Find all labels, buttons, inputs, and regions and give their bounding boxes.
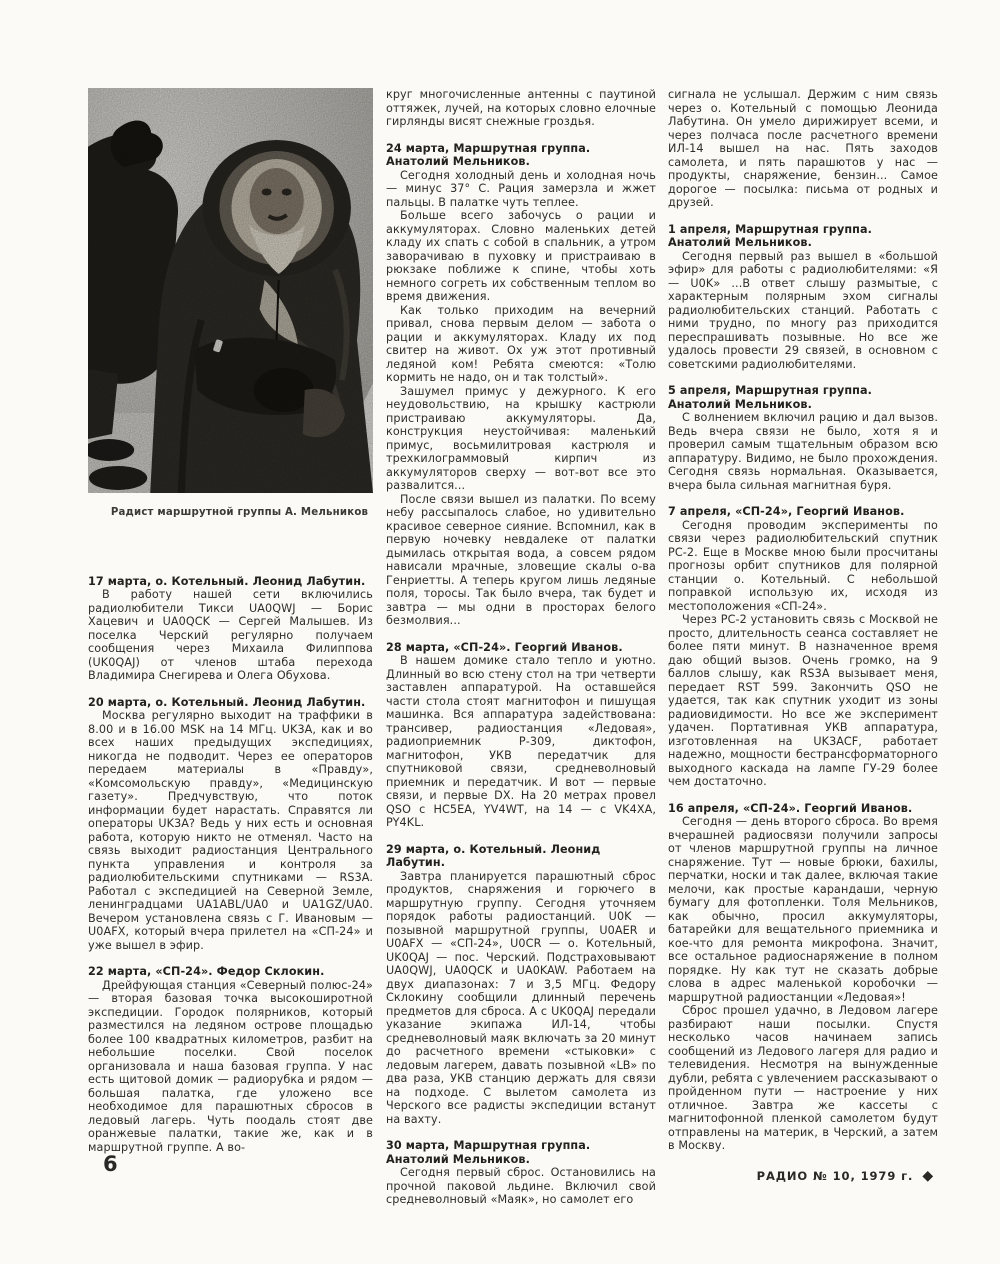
entry-continuation: сигнала не услышал. Держим с ним связь ч…	[668, 88, 938, 210]
entry-paragraph: Завтра планируется парашютный сброс прод…	[386, 870, 656, 1127]
entry-paragraph: С волнением включил рацию и дал вызов. В…	[668, 411, 938, 492]
entry-paragraph: Москва регулярно выходит на траффики в 8…	[88, 709, 373, 952]
entry-heading: 22 марта, «СП-24». Федор Склокин.	[88, 965, 373, 979]
magazine-page: Радист маршрутной группы А. Мельников 17…	[0, 0, 1000, 1264]
entry-paragraph: Сегодня холодный день и холодная ночь — …	[386, 169, 656, 210]
entry-heading: 5 апреля, Маршрутная группа. Анатолий Ме…	[668, 384, 938, 411]
column-left: Радист маршрутной группы А. Мельников 17…	[88, 88, 373, 1154]
entry-paragraph: Сегодня проводим эксперименты по связи ч…	[668, 519, 938, 614]
diary-entry: 17 марта, о. Котельный. Леонид Лабутин.В…	[88, 575, 373, 683]
diary-entry: 16 апреля, «СП-24». Георгий Иванов.Сегод…	[668, 802, 938, 1153]
diary-entry: 29 марта, о. Котельный. Леонид Лабутин.З…	[386, 843, 656, 1127]
entry-heading: 16 апреля, «СП-24». Георгий Иванов.	[668, 802, 938, 816]
entry-paragraph: Сегодня первый сброс. Остановились на пр…	[386, 1166, 656, 1207]
diary-entry: 24 марта, Маршрутная группа. Анатолий Ме…	[386, 142, 656, 628]
column-3: сигнала не услышал. Держим с ним связь ч…	[668, 88, 938, 1153]
entry-paragraph: В работу нашей сети включились радиолюби…	[88, 588, 373, 683]
page-number: 6	[103, 1152, 118, 1176]
diary-entry: 1 апреля, Маршрутная группа. Анатолий Ме…	[668, 223, 938, 372]
entry-heading: 29 марта, о. Котельный. Леонид Лабутин.	[386, 843, 656, 870]
diary-entry: 22 марта, «СП-24». Федор Склокин.Дрейфую…	[88, 965, 373, 1154]
entry-paragraph: круг многочисленные антенны с паутиной о…	[386, 88, 656, 129]
entry-paragraph: После связи вышел из палатки. По всему н…	[386, 493, 656, 628]
entry-heading: 28 марта, «СП-24». Георгий Иванов.	[386, 641, 656, 655]
entry-paragraph: Как только приходим на вечерний привал, …	[386, 304, 656, 385]
photo-caption: Радист маршрутной группы А. Мельников	[88, 506, 373, 520]
entry-paragraph: сигнала не услышал. Держим с ним связь ч…	[668, 88, 938, 210]
entry-paragraph: Сегодня первый раз вышел в «большой эфир…	[668, 250, 938, 372]
entry-heading: 1 апреля, Маршрутная группа. Анатолий Ме…	[668, 223, 938, 250]
entry-continuation: круг многочисленные антенны с паутиной о…	[386, 88, 656, 129]
entry-heading: 17 марта, о. Котельный. Леонид Лабутин.	[88, 575, 373, 589]
diary-entry: 28 марта, «СП-24». Георгий Иванов.В наше…	[386, 641, 656, 830]
entry-paragraph: Сброс прошел удачно, в Ледовом лагере ра…	[668, 1004, 938, 1153]
entry-paragraph: Через РС-2 установить связь с Москвой не…	[668, 613, 938, 789]
diary-entry: 5 апреля, Маршрутная группа. Анатолий Ме…	[668, 384, 938, 492]
entry-paragraph: Дрейфующая станция «Северный полюс-24» —…	[88, 979, 373, 1155]
entry-heading: 7 апреля, «СП-24», Георгий Иванов.	[668, 505, 938, 519]
entry-heading: 30 марта, Маршрутная группа. Анатолий Ме…	[386, 1139, 656, 1166]
entry-paragraph: В нашем домике стало тепло и уютно. Длин…	[386, 654, 656, 830]
section-divider-rule	[88, 541, 373, 546]
column-1: 17 марта, о. Котельный. Леонид Лабутин.В…	[88, 575, 373, 1155]
entry-paragraph: Больше всего забочусь о рации и аккумуля…	[386, 209, 656, 304]
entry-heading: 20 марта, о. Котельный. Леонид Лабутин.	[88, 696, 373, 710]
column-2: круг многочисленные антенны с паутиной о…	[386, 88, 656, 1207]
diary-entry: 20 марта, о. Котельный. Леонид Лабутин.М…	[88, 696, 373, 953]
diary-entry: 7 апреля, «СП-24», Георгий Иванов.Сегодн…	[668, 505, 938, 789]
expedition-photo	[88, 88, 373, 493]
entry-heading: 24 марта, Маршрутная группа. Анатолий Ме…	[386, 142, 656, 169]
magazine-footer: РАДИО № 10, 1979 г. ◆	[757, 1169, 934, 1183]
entry-paragraph: Сегодня — день второго сброса. Во время …	[668, 815, 938, 1004]
diary-entry: 30 марта, Маршрутная группа. Анатолий Ме…	[386, 1139, 656, 1207]
footer-issue-label: РАДИО № 10, 1979 г.	[757, 1169, 914, 1183]
entry-paragraph: Зашумел примус у дежурного. К его неудов…	[386, 385, 656, 493]
expedition-photo-illustration	[88, 88, 373, 493]
diamond-icon: ◆	[922, 1169, 934, 1183]
